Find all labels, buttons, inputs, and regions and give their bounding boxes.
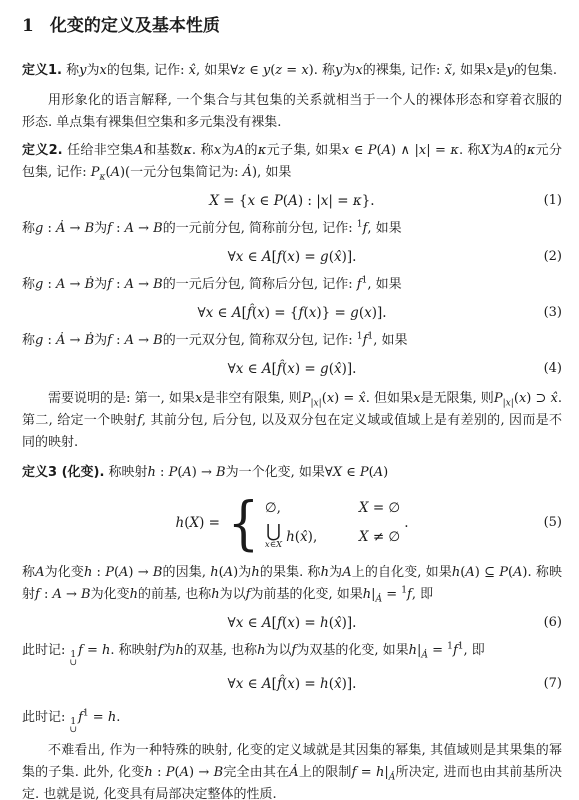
definition-3: 定义3 (化变). 称映射h : P(A) → B为一个化变, 如果∀X ∈ P… [22,462,562,484]
paragraph-notation-frontbase: 此时记: 1∪f = h. 称映射f为h的双基, 也称h为以f为双基的化变, 如… [22,640,562,667]
equation-2-formula: ∀x ∈ A[f(x) = g(x̂)]. [228,249,357,265]
equation-3-number: (3) [544,302,562,324]
equation-1-formula: X = {x ∈ P(A) : |x| = κ}. [209,193,374,209]
equation-3-formula: ∀x ∈ A[f̂(x) = {f(x)} = g(x)]. [197,305,386,321]
cases-period: . [404,512,408,534]
paragraph-conclusion: 不难看出, 作为一种特殊的映射, 化变的定义域就是其因集的幂集, 其值域则是其果… [22,740,562,800]
document-page: 1 化变的定义及基本性质 定义1. 称y为x的包集, 记作: x̂, 如果∀z … [0,0,579,800]
cases-row-empty: ∅, X = ∅ [265,497,400,519]
equation-4-formula: ∀x ∈ A[f̂(x) = g(x̂)]. [228,361,357,377]
union-limit: x∈X [265,541,282,550]
equation-3: ∀x ∈ A[f̂(x) = {f(x)} = g(x)]. (3) [22,302,562,324]
equation-6-number: (6) [544,612,562,634]
equation-5-number: (5) [544,512,562,534]
equation-1-number: (1) [544,190,562,212]
cases-row1-value: ∅, [265,497,349,519]
section-title: 化变的定义及基本性质 [50,14,220,38]
equation-7-formula: ∀x ∈ A[f̂(x) = h(x̂)]. [228,676,357,692]
equation-6: ∀x ∈ A[f(x) = h(x̂)]. (6) [22,612,562,634]
cases-brace: { [228,494,259,552]
paragraph-notation-doublebase: 此时记: 1∪f1 = h. [22,707,562,734]
cases-row1-condition: X = ∅ [359,497,400,519]
equation-2: ∀x ∈ A[f(x) = g(x̂)]. (2) [22,246,562,268]
cases-rows: ∅, X = ∅ ⋃ x∈X h(x̂), X ≠ ∅ [265,497,400,550]
cases-row2-condition: X ≠ ∅ [359,526,400,548]
cases-row2-value: ⋃ x∈X h(x̂), [265,524,349,550]
paragraph-factset: 称A为化变h : P(A) → B的因集, h(A)为h的果集. 称h为A上的自… [22,562,562,606]
equation-4-number: (4) [544,358,562,380]
equation-5-cases: { ∅, X = ∅ ⋃ x∈X h(x̂), X ≠ ∅ [220,494,408,552]
definition-2: 定义2. 任给非空集A和基数κ. 称x为A的κ元子集, 如果x ∈ P(A) ∧… [22,140,562,184]
big-union-operator: ⋃ x∈X [265,524,282,550]
equation-6-formula: ∀x ∈ A[f(x) = h(x̂)]. [228,615,357,631]
equation-4: ∀x ∈ A[f̂(x) = g(x̂)]. (4) [22,358,562,380]
equation-1: X = {x ∈ P(A) : |x| = κ}. (1) [22,190,562,212]
cases-row-union: ⋃ x∈X h(x̂), X ≠ ∅ [265,524,400,550]
paragraph-front-parcel: 称g : Ȧ → B为f : A → B的一元前分包, 简称前分包, 记作: 1… [22,218,562,240]
paragraph-double-parcel: 称g : Ȧ → Ḃ为f : A → B的一元双分包, 简称双分包, 记作: 1… [22,330,562,352]
equation-5-lhs: h(X) = [176,512,220,534]
union-symbol: ⋃ [266,524,281,540]
paragraph-back-parcel: 称g : A → Ḃ为f : A → B的一元后分包, 简称后分包, 记作: f… [22,274,562,296]
cases-row2-expression: h(x̂), [286,526,317,548]
section-number: 1 [22,14,34,38]
paragraph-figurative: 用形象化的语言解释, 一个集合与其包集的关系就相当于一个人的裸体形态和穿着衣服的… [22,90,562,134]
equation-7: ∀x ∈ A[f̂(x) = h(x̂)]. (7) [22,673,562,695]
paragraph-note: 需要说明的是: 第一, 如果x是非空有限集, 则P|x|(x) = x̂. 但如… [22,388,562,454]
equation-7-number: (7) [544,673,562,695]
equation-2-number: (2) [544,246,562,268]
section-heading: 1 化变的定义及基本性质 [22,14,562,40]
equation-5: h(X) = { ∅, X = ∅ ⋃ x∈X h(x̂), X ≠ ∅ [22,492,562,554]
definition-1: 定义1. 称y为x的包集, 记作: x̂, 如果∀z ∈ y(z = x). 称… [22,60,562,82]
